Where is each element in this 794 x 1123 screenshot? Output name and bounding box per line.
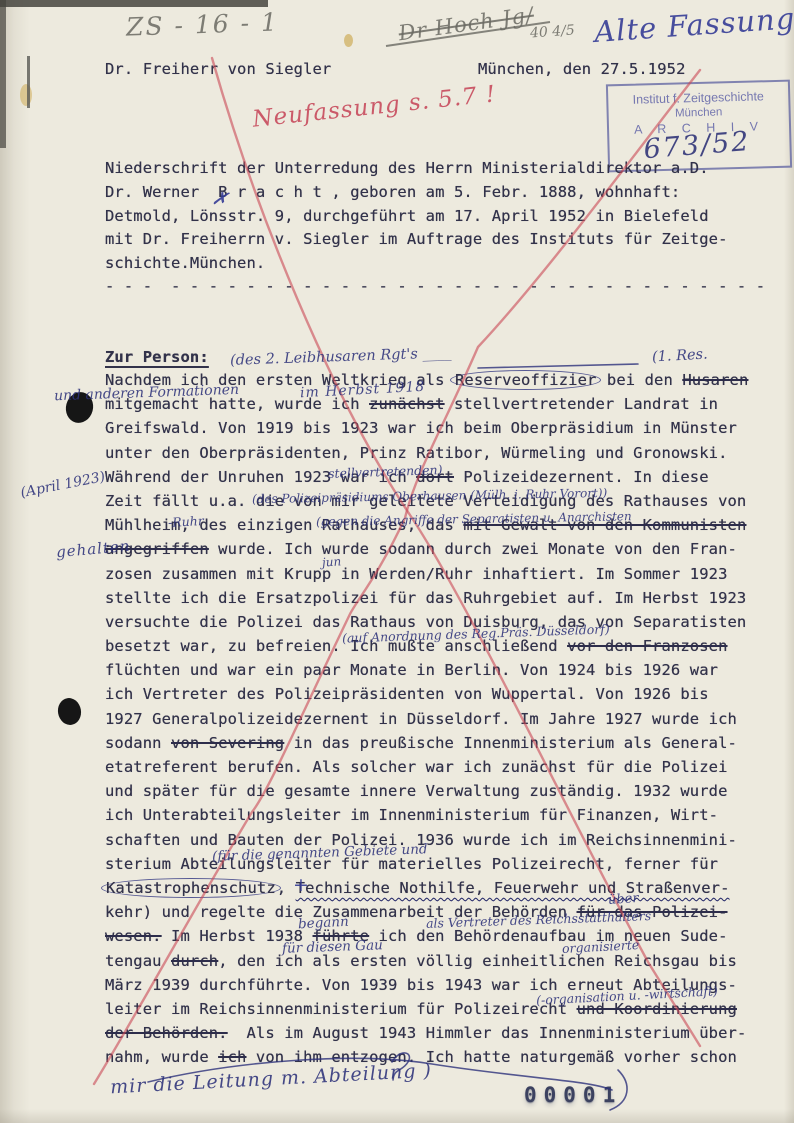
typed-text: schaften und Bauten der Polizei. 1936 wu… <box>105 831 737 849</box>
intro-line-1: Niederschrift der Unterredung des Herrn … <box>105 157 728 181</box>
typed-text: Mühlheim, des einzigen Rathauses, das <box>105 516 463 534</box>
edited-text: führte <box>313 927 370 945</box>
typed-line-6: Zeit fällt u.a. die von mir geleitete Ve… <box>105 489 748 513</box>
typed-line-19: ich Unterabteilungsleiter im Innenminist… <box>105 803 748 827</box>
scan-edge-top <box>0 0 268 7</box>
typed-text: unter den Oberpräsidenten, Prinz Ratibor… <box>105 444 728 462</box>
typed-text: in das preußische Innenministerium als G… <box>284 734 737 752</box>
hw-leibhusaren: (des 2. Leibhusaren Rgt's ____ <box>230 345 452 369</box>
typed-line-10: stellte ich die Ersatzpolizei für das Ru… <box>105 586 748 610</box>
edited-text: mit Gewalt von den Kommunisten <box>463 516 746 534</box>
typed-text: von ihm entzogen. Ich hatte naturgemäß v… <box>246 1048 736 1066</box>
edited-text: zunächst <box>369 395 444 413</box>
typed-text: kehr) und regelte die Zusammenarbeit der… <box>105 903 577 921</box>
edited-text: Technische Nothilfe, Feuerwehr und Straß… <box>296 879 730 897</box>
hw-archive-signature: ZS - 16 - 1 <box>126 7 280 41</box>
typed-line-4: unter den Oberpräsidenten, Prinz Ratibor… <box>105 441 748 465</box>
typed-line-23: kehr) und regelte die Zusammenarbeit der… <box>105 900 748 924</box>
typed-line-13: flüchten und war ein paar Monate in Berl… <box>105 658 748 682</box>
hw-number-40: 40 4/5 <box>529 22 575 41</box>
typed-text: Nachdem ich den ersten Weltkrieg als <box>105 371 454 389</box>
typed-text: besetzt war, zu befreien. Ich mußte ansc… <box>105 637 567 655</box>
typed-line-18: und später für die gesamte innere Verwal… <box>105 779 748 803</box>
edited-text: Katastrophenschutz <box>101 878 281 898</box>
typed-line-24: wesen. Im Herbst 1938 führte ich den Beh… <box>105 924 748 948</box>
typed-text: wurde. Ich wurde sodann durch zwei Monat… <box>209 540 737 558</box>
typed-text: mitgemacht hatte, wurde ich <box>105 395 369 413</box>
typed-line-3: Greifswald. Von 1919 bis 1923 war ich be… <box>105 416 748 440</box>
hw-dr-hoch: Dr Hoch Jg/ <box>397 3 535 46</box>
edited-text: wesen. <box>105 927 162 945</box>
typed-text: ich Vertreter des Polizeipräsidenten von… <box>105 685 709 703</box>
typed-line-26: März 1939 durchführte. Von 1939 bis 1943… <box>105 973 748 997</box>
typed-line-15: 1927 Generalpolizeidezernent in Düsseldo… <box>105 707 748 731</box>
paper-stain <box>20 84 32 106</box>
typed-text: Als im August 1943 Himmler das Innenmini… <box>228 1024 747 1042</box>
typed-text: bei den <box>597 371 682 389</box>
edited-text: ich <box>218 1048 246 1066</box>
typed-line-12: besetzt war, zu befreien. Ich mußte ansc… <box>105 634 748 658</box>
hw-alte-fassung: Alte Fassung <box>593 1 794 49</box>
edited-text: und Koordinierung <box>577 1000 737 1018</box>
dashed-divider: - - - - - - - - - - - - - - - - - - - - … <box>105 277 765 295</box>
ink-blot <box>62 389 96 426</box>
typed-text: Greifswald. Von 1919 bis 1923 war ich be… <box>105 419 737 437</box>
typed-text: 1927 Generalpolizeidezernent in Düsseldo… <box>105 710 737 728</box>
typed-text: , den ich als ersten völlig einheitliche… <box>218 952 737 970</box>
typed-line-27: leiter im Reichsinnenministerium für Pol… <box>105 997 748 1021</box>
scan-edge-left <box>0 0 6 148</box>
typed-line-28: der Behörden. Als im August 1943 Himmler… <box>105 1021 748 1045</box>
typed-line-21: sterium Abteilungsleiter für materielles… <box>105 852 748 876</box>
typed-line-25: tengau durch, den ich als ersten völlig … <box>105 949 748 973</box>
typed-text: sodann <box>105 734 171 752</box>
typed-line-20: schaften und Bauten der Polizei. 1936 wu… <box>105 828 748 852</box>
typed-text: zosen zusammen mit Krupp in Werden/Ruhr … <box>105 565 728 583</box>
edited-text: der Behörden. <box>105 1024 228 1042</box>
typed-text: , <box>277 879 296 897</box>
edited-text: angegriffen <box>105 540 209 558</box>
typed-line-8: angegriffen wurde. Ich wurde sodann durc… <box>105 537 748 561</box>
typed-line-9: zosen zusammen mit Krupp in Werden/Ruhr … <box>105 562 748 586</box>
author-name: Dr. Freiherr von Siegler <box>105 60 331 78</box>
typed-line-22: Katastrophenschutz, Technische Nothilfe,… <box>105 876 748 900</box>
typed-text: tengau <box>105 952 171 970</box>
typed-text: Zeit fällt u.a. die von mir geleitete Ve… <box>105 492 746 510</box>
typed-line-11: versuchte die Polizei das Rathaus von Du… <box>105 610 748 634</box>
pencil-strike-line <box>386 22 550 46</box>
section-heading: Zur Person: <box>105 348 209 366</box>
page-number-stamp: 00001 <box>524 1083 622 1107</box>
typed-text: Polizeidezernent. In diese <box>454 468 709 486</box>
typed-text: Während der Unruhen 1923 war ich <box>105 468 416 486</box>
edited-text: Reserveoffizier <box>450 370 601 390</box>
edited-text: dort <box>416 468 454 486</box>
typed-text: sterium Abteilungsleiter für materielles… <box>105 855 718 873</box>
edited-text: vor den Franzosen <box>567 637 727 655</box>
typed-text: flüchten und war ein paar Monate in Berl… <box>105 661 718 679</box>
hw-erste-reserve: (1. Res. <box>652 347 708 366</box>
typed-text: versuchte die Polizei das Rathaus von Du… <box>105 613 746 631</box>
intro-line-5: schichte.München. <box>105 252 728 276</box>
typed-text: stellte ich die Ersatzpolizei für das Ru… <box>105 589 746 607</box>
typed-line-2: mitgemacht hatte, wurde ich zunächst ste… <box>105 392 748 416</box>
edited-text: von Severing <box>171 734 284 752</box>
hw-april-1923: (April 1923) <box>19 469 106 501</box>
typed-line-29: nahm, wurde ich von ihm entzogen. Ich ha… <box>105 1045 748 1069</box>
staple-mark <box>27 56 30 108</box>
typed-line-1: Nachdem ich den ersten Weltkrieg als Res… <box>105 368 748 392</box>
edited-text: durch <box>171 952 218 970</box>
typed-line-14: ich Vertreter des Polizeipräsidenten von… <box>105 682 748 706</box>
body-text: Nachdem ich den ersten Weltkrieg als Res… <box>105 368 748 1069</box>
typed-line-5: Während der Unruhen 1923 war ich dort Po… <box>105 465 748 489</box>
edited-text: Husaren <box>682 371 748 389</box>
typed-line-16: sodann von Severing in das preußische In… <box>105 731 748 755</box>
intro-line-3: Detmold, Lönsstr. 9, durchgeführt am 17.… <box>105 205 728 229</box>
typed-line-7: Mühlheim, des einzigen Rathauses, das mi… <box>105 513 748 537</box>
typed-text: und später für die gesamte innere Verwal… <box>105 782 728 800</box>
typed-text: stellvertretender Landrat in <box>445 395 719 413</box>
typed-text: leiter im Reichsinnenministerium für Pol… <box>105 1000 577 1018</box>
typed-line-17: etatreferent berufen. Als solcher war ic… <box>105 755 748 779</box>
document-page: Dr. Freiherr von Siegler München, den 27… <box>0 0 794 1123</box>
edited-text: für das Polizei- <box>577 903 728 921</box>
typed-text: ich Unterabteilungsleiter im Innenminist… <box>105 806 718 824</box>
intro-line-4: mit Dr. Freiherrn v. Siegler im Auftrage… <box>105 228 728 252</box>
typed-text: etatreferent berufen. Als solcher war ic… <box>105 758 728 776</box>
typed-text: nahm, wurde <box>105 1048 218 1066</box>
typed-text: Im Herbst 1938 <box>162 927 313 945</box>
typed-text: März 1939 durchführte. Von 1939 bis 1943… <box>105 976 737 994</box>
intro-paragraph: Niederschrift der Unterredung des Herrn … <box>105 157 728 276</box>
ink-blot <box>56 696 83 727</box>
typed-text: ich den Behördenaufbau im neuen Sude- <box>369 927 727 945</box>
place-date: München, den 27.5.1952 <box>478 60 686 78</box>
hw-neufassung: Neufassung s. 5.7 ! <box>251 81 497 132</box>
paper-stain <box>344 34 353 47</box>
intro-line-2: Dr. Werner B r a c h t , geboren am 5. F… <box>105 181 728 205</box>
